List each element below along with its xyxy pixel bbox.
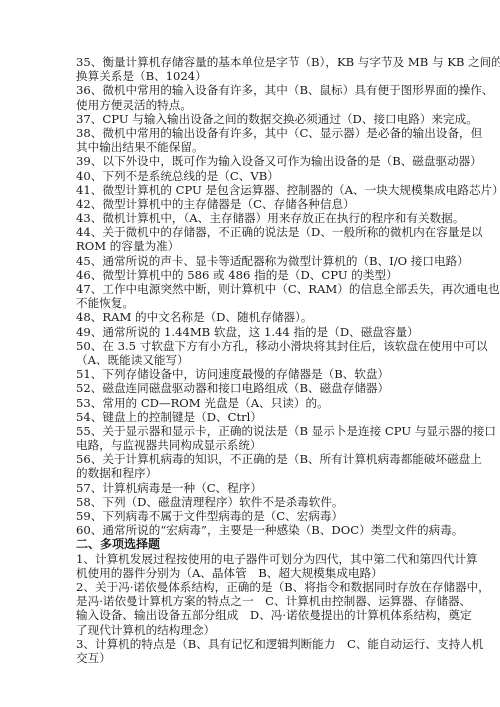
text-line: 59、下列病毒不属于文件型病毒的是（C、宏病毒） bbox=[76, 509, 428, 523]
text-line: 53、常用的 CD—ROM 光盘是（A、只读）的。 bbox=[76, 396, 428, 410]
text-line: 是冯·诺依曼计算机方案的特点之一 C、计算机由控制器、运算器、存储器、 bbox=[76, 594, 428, 608]
text-line: 51、下列存储设备中，访问速度最慢的存储器是（B、软盘） bbox=[76, 367, 428, 381]
text-line: 49、通常所说的 1.44MB 软盘，这 1.44 指的是（D、磁盘容量） bbox=[76, 325, 428, 339]
text-line: 46、微型计算机中的 586 或 486 指的是（D、CPU 的类型） bbox=[76, 268, 428, 282]
text-line: 38、微机中常用的输出设备有许多，其中（C、显示器）是必备的输出设备，但 bbox=[76, 126, 428, 140]
text-line: 56、关于计算机病毒的知识，不正确的是（B、所有计算机病毒都能破坏磁盘上 bbox=[76, 452, 428, 466]
text-line: 机使用的器件分别为（A、晶体管 B、超大规模集成电路） bbox=[76, 566, 428, 580]
text-line: 52、磁盘连同磁盘驱动器和接口电路组成（B、磁盘存储器） bbox=[76, 381, 428, 395]
text-line: 50、在 3.5 寸软盘下方有小方孔，移动小滑块将其封住后，该软盘在使用中可以 bbox=[76, 339, 428, 353]
text-line: ROM 的容量为准） bbox=[76, 239, 428, 253]
text-line: 48、RAM 的中文名称是（D、随机存储器）。 bbox=[76, 310, 428, 324]
text-line: 55、关于显示器和显示卡，正确的说法是（B 显示卜是连接 CPU 与显示器的接口 bbox=[76, 424, 428, 438]
text-line: 1、计算机发展过程按使用的电子器件可划分为四代，其中第二代和第四代计算 bbox=[76, 552, 428, 566]
text-line: 45、通常所说的声卡、显卡等适配器称为微型计算机的（B、I/O 接口电路） bbox=[76, 254, 428, 268]
text-line: 2、关于冯·诺依曼体系结构，正确的是（B、将指令和数据同时存放在存储器中， bbox=[76, 580, 428, 594]
text-line: 3、计算机的特点是（B、具有记忆和逻辑判断能力 C、能自动运行、支持人机 bbox=[76, 637, 428, 651]
text-line: （A、既能读又能写） bbox=[76, 353, 428, 367]
text-line: 57、计算机病毒是一种（C、程序） bbox=[76, 481, 428, 495]
section-heading: 二、多项选择题 bbox=[76, 537, 428, 551]
text-line: 了现代计算机的结构理念） bbox=[76, 623, 428, 637]
text-line: 不能恢复。 bbox=[76, 296, 428, 310]
text-line: 37、CPU 与输入输出设备之间的数据交换必须通过（D、接口电路）来完成。 bbox=[76, 112, 428, 126]
text-line: 43、微机计算机中，（A、主存储器）用来存放正在执行的程序和有关数据。 bbox=[76, 211, 428, 225]
text-line: 35、衡量计算机存储容量的基本单位是字节（B），KB 与字节及 MB 与 KB … bbox=[76, 55, 428, 69]
text-line: 36、微机中常用的输入设备有许多，其中（B、鼠标）具有便于图形界面的操作、 bbox=[76, 83, 428, 97]
text-line: 60、通常所说的“宏病毒”，主要是一种感染（B、DOC）类型文件的病毒。 bbox=[76, 523, 428, 537]
text-line: 输入设备、输出设备五部分组成 D、冯·诺依曼提出的计算机体系结构，奠定 bbox=[76, 608, 428, 622]
text-line: 39、以下外设中，既可作为输入设备又可作为输出设备的是（B、磁盘驱动器） bbox=[76, 154, 428, 168]
text-line: 41、微型计算机的 CPU 是包含运算器、控制器的（A、一块大规模集成电路芯片） bbox=[76, 183, 428, 197]
text-line: 44、关于微机中的存储器，不正确的说法是（D、一般所称的微机内在容量是以 bbox=[76, 225, 428, 239]
text-line: 换算关系是（B、1024） bbox=[76, 69, 428, 83]
text-line: 电路，与监视器共同构成显示系统） bbox=[76, 438, 428, 452]
text-line: 的数据和程序） bbox=[76, 466, 428, 480]
text-line: 交互） bbox=[76, 651, 428, 665]
document-page: 35、衡量计算机存储容量的基本单位是字节（B），KB 与字节及 MB 与 KB … bbox=[76, 55, 428, 665]
text-line: 54、键盘上的控制键是（D、Ctrl） bbox=[76, 410, 428, 424]
text-line: 42、微型计算机中的主存储器是（C、存储各种信息） bbox=[76, 197, 428, 211]
text-line: 其中输出结果不能保留。 bbox=[76, 140, 428, 154]
text-line: 40、下列不是系统总线的是（C、VB） bbox=[76, 169, 428, 183]
text-line: 58、下列（D、磁盘清理程序）软件不是杀毒软件。 bbox=[76, 495, 428, 509]
text-line: 47、工作中电源突然中断，则计算机中（C、RAM）的信息全部丢失，再次通电也 bbox=[76, 282, 428, 296]
text-line: 使用方便灵活的特点。 bbox=[76, 98, 428, 112]
